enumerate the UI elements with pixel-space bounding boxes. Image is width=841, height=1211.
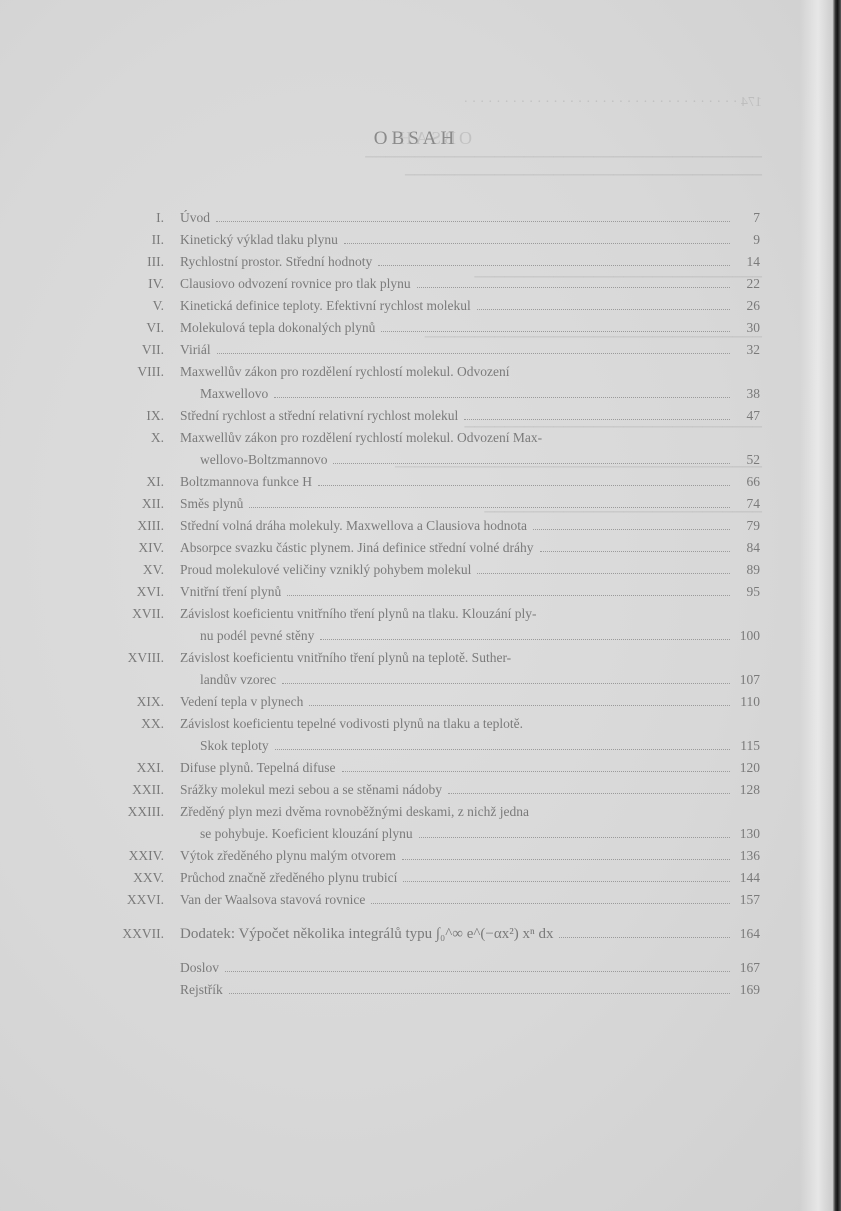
- chapter-number: VIII.: [92, 361, 172, 383]
- leader-dots: [274, 396, 730, 398]
- chapter-title: Van der Waalsova stavová rovnice: [180, 889, 365, 911]
- leader-dots: [216, 220, 730, 222]
- toc-entry: XXIV.Výtok zředěného plynu malým otvorem…: [0, 845, 832, 867]
- chapter-number: IV.: [92, 273, 172, 295]
- chapter-title: Rejstřík: [180, 979, 223, 1001]
- toc-entry: IX.Střední rychlost a střední relativní …: [0, 405, 832, 427]
- chapter-title: Závislost koeficientu tepelné vodivosti …: [180, 713, 523, 735]
- page-number: 52: [734, 449, 760, 471]
- chapter-title: Rychlostní prostor. Střední hodnoty: [180, 251, 372, 273]
- leader-dots: [403, 880, 730, 882]
- page-number: 38: [734, 383, 760, 405]
- leader-dots: [342, 770, 730, 772]
- chapter-title: Skok teploty: [200, 735, 269, 757]
- page-number: 26: [734, 295, 760, 317]
- chapter-title: Závislost koeficientu vnitřního tření pl…: [180, 647, 511, 669]
- leader-dots: [448, 792, 730, 794]
- page-number: 157: [734, 889, 760, 911]
- page-number: 128: [734, 779, 760, 801]
- leader-dots: [318, 484, 730, 486]
- page-number: 14: [734, 251, 760, 273]
- toc-entry: XXVI.Van der Waalsova stavová rovnice157: [0, 889, 832, 911]
- page-number: 47: [734, 405, 760, 427]
- toc-entry: I.Úvod7: [0, 207, 832, 229]
- chapter-number: III.: [92, 251, 172, 273]
- leader-dots: [320, 638, 730, 640]
- chapter-title: Směs plynů: [180, 493, 243, 515]
- page-number: 167: [734, 957, 760, 979]
- chapter-number: XX.: [92, 713, 172, 735]
- chapter-number: XXVII.: [92, 923, 172, 945]
- chapter-number: I.: [92, 207, 172, 229]
- chapter-number: XIV.: [92, 537, 172, 559]
- leader-dots: [381, 330, 730, 332]
- leader-dots: [275, 748, 730, 750]
- toc-entry: XXVII.Dodatek: Výpočet několika integrál…: [0, 923, 832, 945]
- chapter-number: VI.: [92, 317, 172, 339]
- chapter-title: Molekulová tepla dokonalých plynů: [180, 317, 375, 339]
- chapter-number: XV.: [92, 559, 172, 581]
- chapter-number: XVIII.: [92, 647, 172, 669]
- chapter-number: XXV.: [92, 867, 172, 889]
- chapter-title: Vnitřní tření plynů: [180, 581, 281, 603]
- chapter-title: Maxwellův zákon pro rozdělení rychlostí …: [180, 361, 510, 383]
- page-number: 169: [734, 979, 760, 1001]
- chapter-title: Průchod značně zředěného plynu trubicí: [180, 867, 397, 889]
- leader-dots: [378, 264, 730, 266]
- chapter-title: Závislost koeficientu vnitřního tření pl…: [180, 603, 537, 625]
- chapter-number: XXIV.: [92, 845, 172, 867]
- toc-entry: XXIII.Zředěný plyn mezi dvěma rovnoběžný…: [0, 801, 832, 845]
- page-number: 120: [734, 757, 760, 779]
- table-of-contents: I.Úvod7II.Kinetický výklad tlaku plynu9I…: [0, 207, 832, 1001]
- page-number: 130: [734, 823, 760, 845]
- leader-dots: [249, 506, 730, 508]
- toc-entry: XVI.Vnitřní tření plynů95: [0, 581, 832, 603]
- chapter-title: Střední volná dráha molekuly. Maxwellova…: [180, 515, 527, 537]
- leader-dots: [402, 858, 730, 860]
- page-number: 100: [734, 625, 760, 647]
- chapter-title: Difuse plynů. Tepelná difuse: [180, 757, 336, 779]
- chapter-title: Úvod: [180, 207, 210, 229]
- toc-entry: XVIII.Závislost koeficientu vnitřního tř…: [0, 647, 832, 691]
- page-number: 66: [734, 471, 760, 493]
- page-number: 95: [734, 581, 760, 603]
- page-title: OBSAH: [0, 128, 832, 150]
- leader-dots: [371, 902, 730, 904]
- toc-entry: IV.Clausiovo odvození rovnice pro tlak p…: [0, 273, 832, 295]
- chapter-title: Výtok zředěného plynu malým otvorem: [180, 845, 396, 867]
- leader-dots: [540, 550, 730, 552]
- leader-dots: [217, 352, 730, 354]
- binding-shine: [800, 0, 830, 1211]
- chapter-title: wellovo-Boltzmannovo: [200, 449, 327, 471]
- leader-dots: [344, 242, 730, 244]
- page-number: 89: [734, 559, 760, 581]
- leader-dots: [477, 308, 730, 310]
- chapter-title: Viriál: [180, 339, 211, 361]
- page-number: 30: [734, 317, 760, 339]
- toc-entry: VII.Viriál32: [0, 339, 832, 361]
- chapter-title: Maxwellův zákon pro rozdělení rychlostí …: [180, 427, 542, 449]
- chapter-number: XXII.: [92, 779, 172, 801]
- page-number: 144: [734, 867, 760, 889]
- chapter-title: nu podél pevné stěny: [200, 625, 314, 647]
- toc-entry: VIII.Maxwellův zákon pro rozdělení rychl…: [0, 361, 832, 405]
- toc-entry: XI.Boltzmannova funkce H66: [0, 471, 832, 493]
- toc-entry: XXV.Průchod značně zředěného plynu trubi…: [0, 867, 832, 889]
- leader-dots: [464, 418, 730, 420]
- leader-dots: [309, 704, 730, 706]
- page-number: 74: [734, 493, 760, 515]
- chapter-number: XIX.: [92, 691, 172, 713]
- leader-dots: [282, 682, 730, 684]
- toc-entry: Rejstřík169: [0, 979, 832, 1001]
- chapter-title: Maxwellovo: [200, 383, 268, 405]
- toc-entry: XIX.Vedení tepla v plynech110: [0, 691, 832, 713]
- leader-dots: [225, 970, 730, 972]
- toc-entry: Doslov167: [0, 957, 832, 979]
- chapter-number: XII.: [92, 493, 172, 515]
- chapter-title: Proud molekulové veličiny vzniklý pohybe…: [180, 559, 471, 581]
- chapter-number: XXIII.: [92, 801, 172, 823]
- page-number: 32: [734, 339, 760, 361]
- toc-entry: XXI.Difuse plynů. Tepelná difuse120: [0, 757, 832, 779]
- leader-dots: [419, 836, 730, 838]
- toc-entry: XII.Směs plynů74: [0, 493, 832, 515]
- leader-dots: [229, 992, 730, 994]
- chapter-number: X.: [92, 427, 172, 449]
- chapter-title: Srážky molekul mezi sebou a se stěnami n…: [180, 779, 442, 801]
- chapter-title: Boltzmannova funkce H: [180, 471, 312, 493]
- toc-entry: X.Maxwellův zákon pro rozdělení rychlost…: [0, 427, 832, 471]
- chapter-number: VII.: [92, 339, 172, 361]
- page-number: 136: [734, 845, 760, 867]
- chapter-title: Střední rychlost a střední relativní ryc…: [180, 405, 458, 427]
- chapter-title: se pohybuje. Koeficient klouzání plynu: [200, 823, 413, 845]
- toc-entry: XVII.Závislost koeficientu vnitřního tře…: [0, 603, 832, 647]
- leader-dots: [287, 594, 730, 596]
- page-number: 7: [734, 207, 760, 229]
- toc-entry: XIV.Absorpce svazku částic plynem. Jiná …: [0, 537, 832, 559]
- page-edge: [832, 0, 841, 1211]
- chapter-title: Doslov: [180, 957, 219, 979]
- chapter-number: XXVI.: [92, 889, 172, 911]
- chapter-number: II.: [92, 229, 172, 251]
- page-number: 115: [734, 735, 760, 757]
- toc-entry: II.Kinetický výklad tlaku plynu9: [0, 229, 832, 251]
- chapter-title: Kinetický výklad tlaku plynu: [180, 229, 338, 251]
- toc-entry: VI.Molekulová tepla dokonalých plynů30: [0, 317, 832, 339]
- toc-entry: V.Kinetická definice teploty. Efektivní …: [0, 295, 832, 317]
- chapter-number: V.: [92, 295, 172, 317]
- chapter-title: landův vzorec: [200, 669, 276, 691]
- chapter-title: Vedení tepla v plynech: [180, 691, 303, 713]
- chapter-number: XVI.: [92, 581, 172, 603]
- chapter-number: XXI.: [92, 757, 172, 779]
- toc-entry: XV.Proud molekulové veličiny vzniklý poh…: [0, 559, 832, 581]
- page-number: 22: [734, 273, 760, 295]
- page-number: 107: [734, 669, 760, 691]
- toc-entry: XXII.Srážky molekul mezi sebou a se stěn…: [0, 779, 832, 801]
- scanned-page: OBSAH 174 · · · · · · · · · · · · · · · …: [0, 0, 832, 1211]
- chapter-title: Dodatek: Výpočet několika integrálů typu…: [180, 923, 553, 945]
- toc-entry: III.Rychlostní prostor. Střední hodnoty1…: [0, 251, 832, 273]
- leader-dots: [417, 286, 730, 288]
- leader-dots: [559, 936, 730, 938]
- page-number: 84: [734, 537, 760, 559]
- chapter-title: Kinetická definice teploty. Efektivní ry…: [180, 295, 471, 317]
- leader-dots: [477, 572, 730, 574]
- toc-entry: XX.Závislost koeficientu tepelné vodivos…: [0, 713, 832, 757]
- page-number: 79: [734, 515, 760, 537]
- chapter-title: Clausiovo odvození rovnice pro tlak plyn…: [180, 273, 411, 295]
- chapter-number: XIII.: [92, 515, 172, 537]
- page-number: 9: [734, 229, 760, 251]
- chapter-number: XVII.: [92, 603, 172, 625]
- leader-dots: [333, 462, 730, 464]
- page-number: 110: [734, 691, 760, 713]
- toc-entry: XIII.Střední volná dráha molekuly. Maxwe…: [0, 515, 832, 537]
- page-number: 164: [734, 923, 760, 945]
- chapter-title: Absorpce svazku částic plynem. Jiná defi…: [180, 537, 534, 559]
- chapter-title: Zředěný plyn mezi dvěma rovnoběžnými des…: [180, 801, 529, 823]
- chapter-number: XI.: [92, 471, 172, 493]
- chapter-number: IX.: [92, 405, 172, 427]
- leader-dots: [533, 528, 730, 530]
